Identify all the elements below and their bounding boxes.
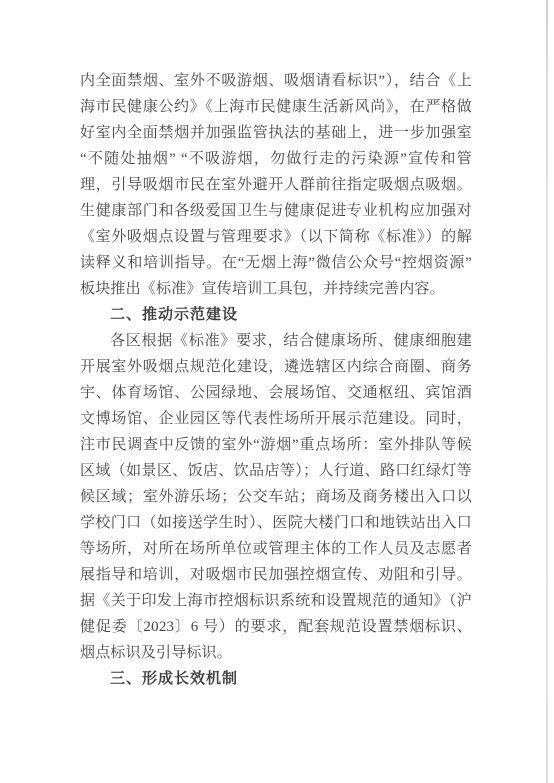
text-line: 好室内全面禁烟并加强监管执法的基础上，进一步加强室外 xyxy=(80,120,472,146)
text-line: 《室外吸烟点设置与管理要求》（以下简称《标准》）的解 xyxy=(80,224,472,250)
document-body: 内全面禁烟、室外不吸游烟、吸烟请看标识”），结合《上海市民健康公约》《上海市民健… xyxy=(80,68,472,692)
text-line: 等场所，对所在场所单位或管理主体的工作人员及志愿者开 xyxy=(80,536,472,562)
text-line: 宇、体育场馆、公园绿地、会展场馆、交通枢纽、宾馆酒店、 xyxy=(80,380,472,406)
text-line: 烟点标识及引导标识。 xyxy=(80,640,472,666)
scan-edge-shadow xyxy=(546,0,548,783)
text-line: 生健康部门和各级爱国卫生与健康促进专业机构应加强对 xyxy=(80,198,472,224)
text-line: 据《关于印发上海市控烟标识系统和设置规范的通知》（沪 xyxy=(80,588,472,614)
text-line: 文博场馆、企业园区等代表性场所开展示范建设。同时，关 xyxy=(80,406,472,432)
text-line: 候区域；室外游乐场；公交车站；商场及商务楼出入口以及 xyxy=(80,484,472,510)
text-line: “不随处抽烟” “不吸游烟，勿做行走的污染源”宣传和管 xyxy=(80,146,472,172)
text-line: 各区根据《标准》要求，结合健康场所、健康细胞建设 xyxy=(80,328,472,354)
text-line: 开展室外吸烟点规范化建设，遴选辖区内综合商圈、商务楼 xyxy=(80,354,472,380)
text-line: 注市民调查中反馈的室外“游烟”重点场所：室外排队等候 xyxy=(80,432,472,458)
section-heading: 二、推动示范建设 xyxy=(80,302,472,328)
text-line: 区域（如景区、饭店、饮品店等）；人行道、路口红绿灯等 xyxy=(80,458,472,484)
text-line: 内全面禁烟、室外不吸游烟、吸烟请看标识”），结合《上 xyxy=(80,68,472,94)
text-line: 海市民健康公约》《上海市民健康生活新风尚》，在严格做 xyxy=(80,94,472,120)
scanned-document-page: 内全面禁烟、室外不吸游烟、吸烟请看标识”），结合《上海市民健康公约》《上海市民健… xyxy=(0,0,554,783)
text-line: 学校门口（如接送学生时）、医院大楼门口和地铁站出入口 xyxy=(80,510,472,536)
text-line: 健促委〔2023〕6 号）的要求，配套规范设置禁烟标识、吸 xyxy=(80,614,472,640)
text-line: 读释义和培训指导。在“无烟上海”微信公众号“控烟资源” xyxy=(80,250,472,276)
text-line: 理，引导吸烟市民在室外避开人群前往指定吸烟点吸烟。卫 xyxy=(80,172,472,198)
text-line: 板块推出《标准》宣传培训工具包，并持续完善内容。 xyxy=(80,276,472,302)
text-line: 展指导和培训，对吸烟市民加强控烟宣传、劝阻和引导。根 xyxy=(80,562,472,588)
section-heading: 三、形成长效机制 xyxy=(80,666,472,692)
